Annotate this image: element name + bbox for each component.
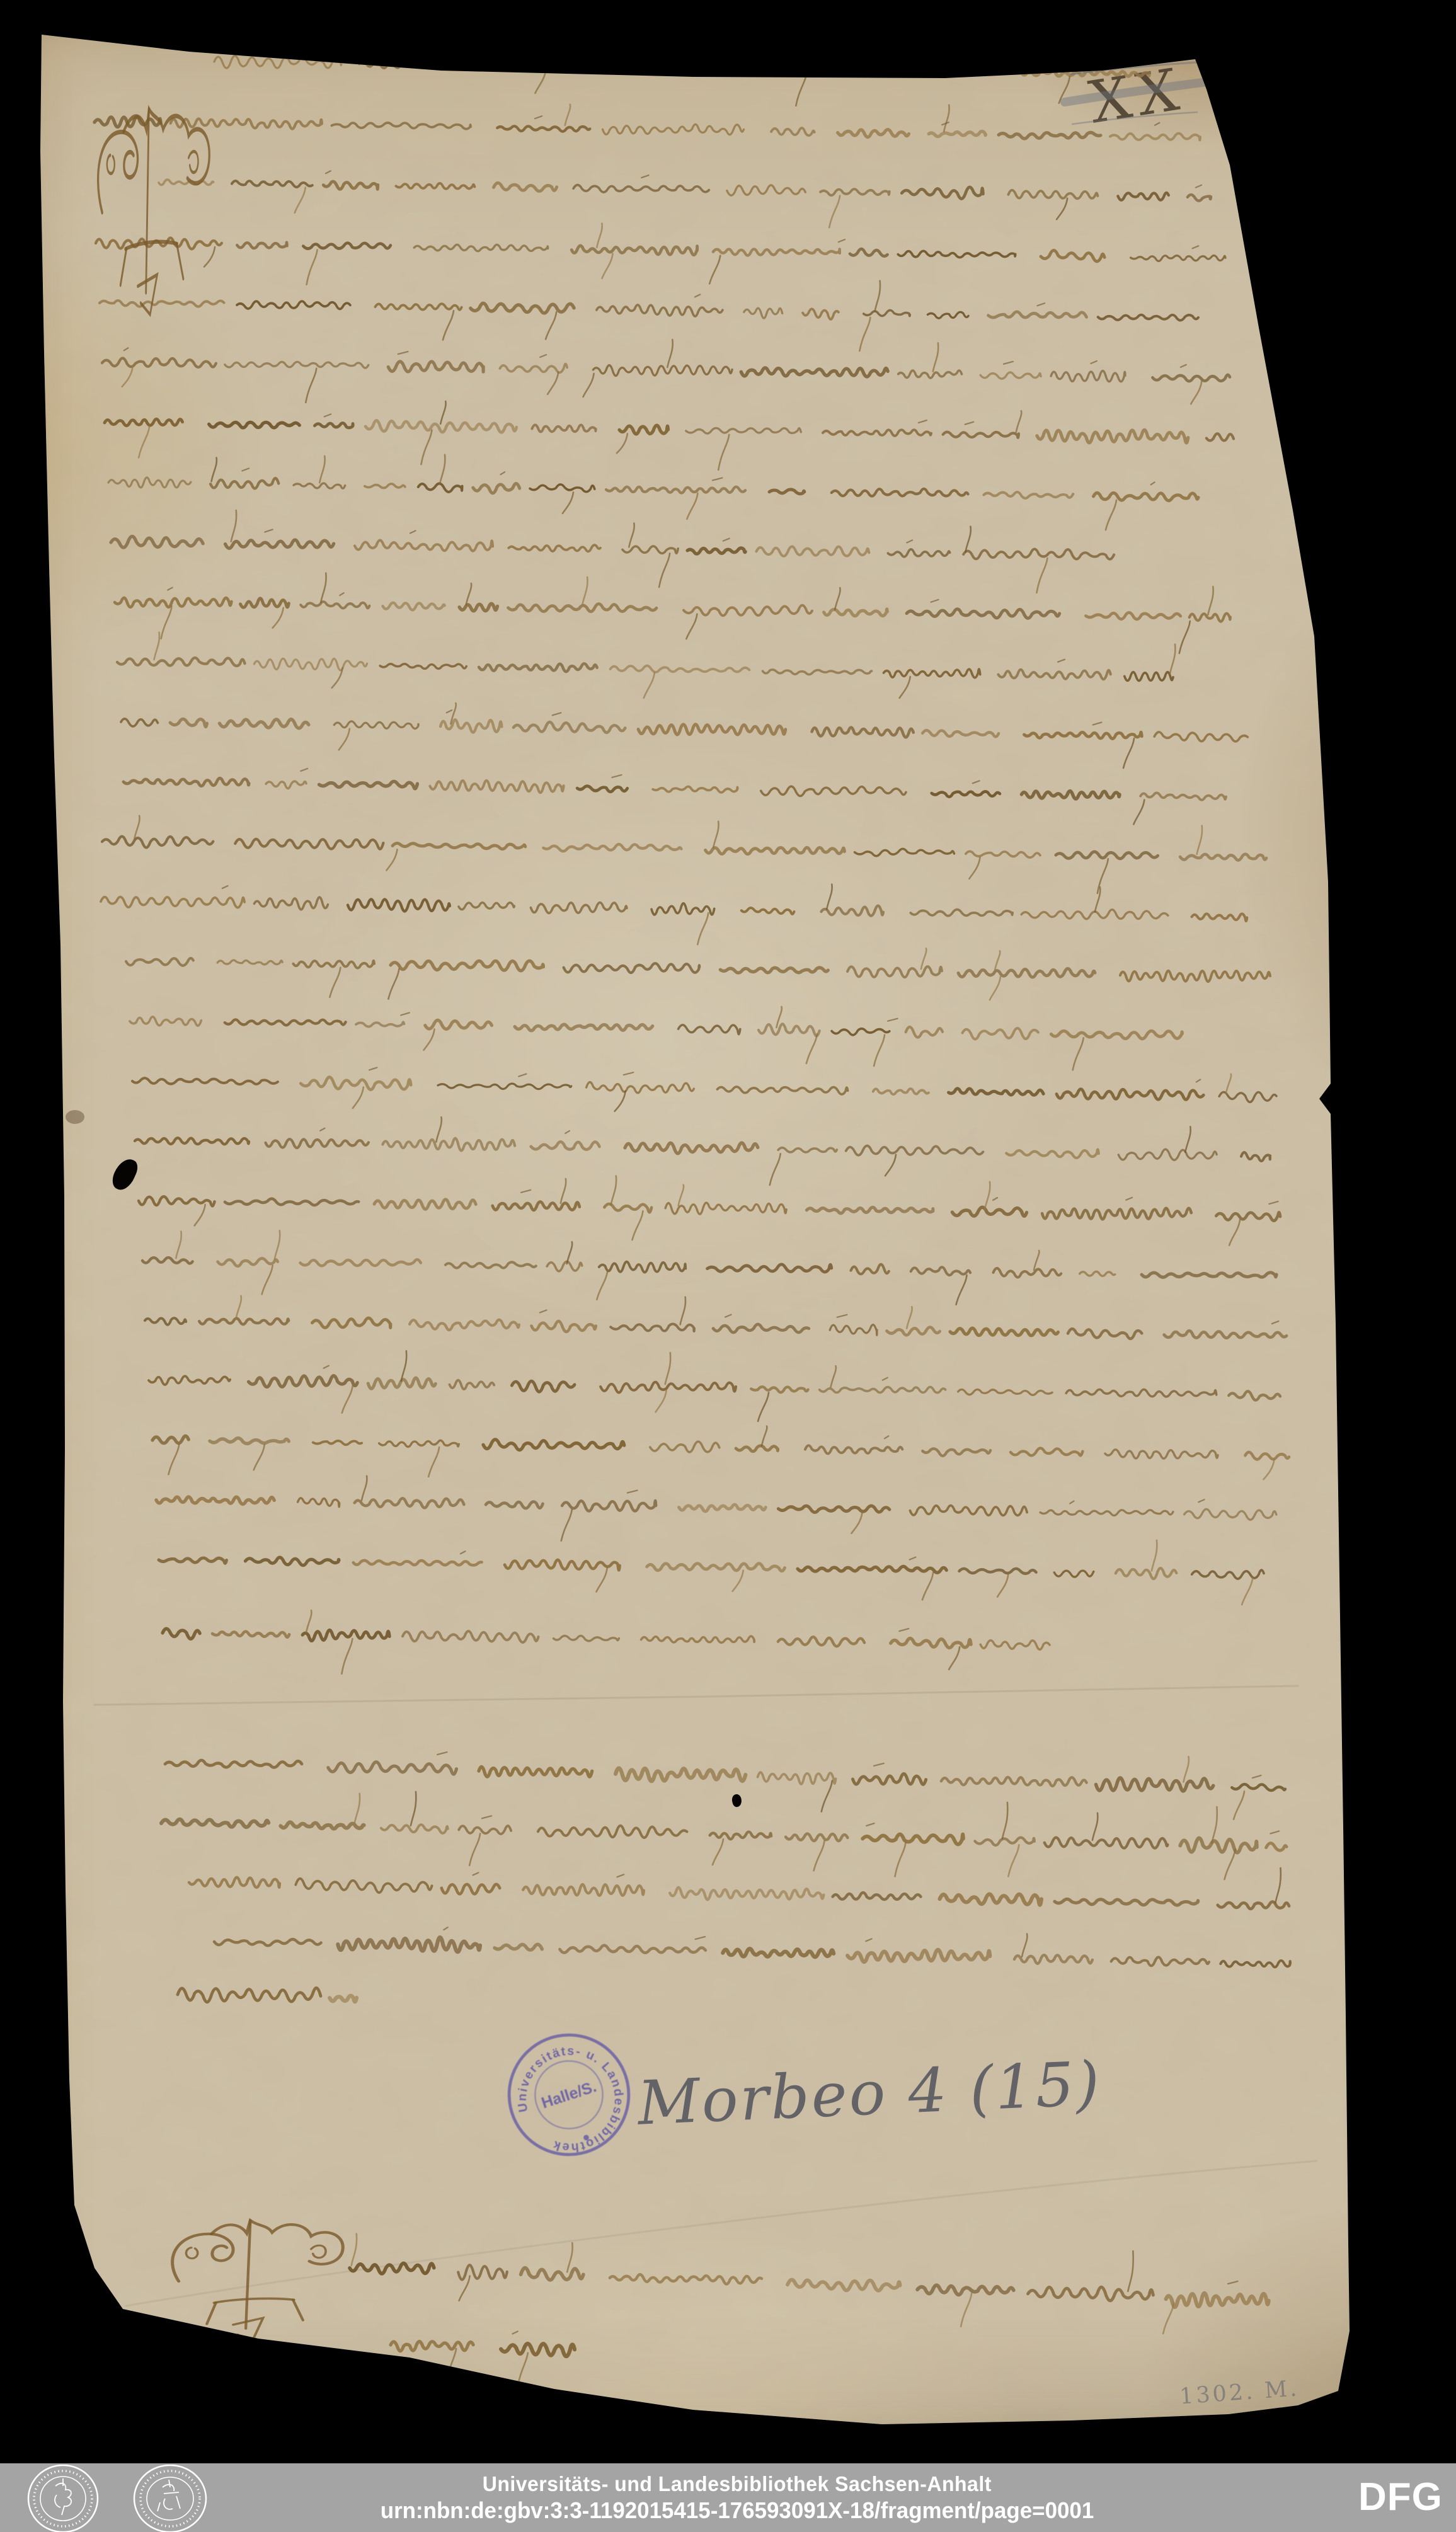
- notary-sign: [173, 2220, 343, 2341]
- university-seal-right-icon: [131, 2465, 209, 2532]
- stamp-center-text: Halle/S.: [539, 2078, 599, 2112]
- footer-library-name: Universitäts- und Landesbibliothek Sachs…: [482, 2472, 991, 2496]
- university-seal-left-icon: [25, 2465, 101, 2532]
- notary-sign: [98, 109, 210, 314]
- manuscript-scan-page: XX Universitäts- u. Landesbibliothek Hal…: [0, 0, 1456, 2532]
- dfg-logo: DFG: [1358, 2475, 1443, 2519]
- footer-urn: urn:nbn:de:gbv:3:3-1192015415-176593091X…: [380, 2497, 1094, 2524]
- footer-metadata: Universitäts- und Landesbibliothek Sachs…: [369, 2463, 1105, 2532]
- footer-bar: Universitäts- und Landesbibliothek Sachs…: [0, 2463, 1456, 2532]
- edge-stain: [66, 1110, 84, 1124]
